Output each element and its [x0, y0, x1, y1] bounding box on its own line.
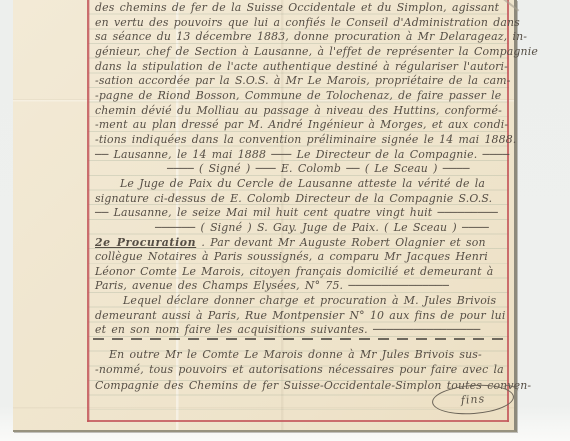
text-line: demeurant aussi à Paris, Rue Montpensier…	[95, 309, 509, 324]
text-line: des chemins de fer de la Suisse Occident…	[95, 1, 509, 16]
bottom-margin-rule	[87, 420, 509, 422]
dashed-separator	[93, 338, 511, 340]
text-line: Lequel déclare donner charge et procurat…	[95, 294, 509, 309]
text-line: ──── ( Signé ) ─── E. Colomb ── ( Le Sce…	[95, 162, 509, 177]
text-line: -ment au plan dressé par M. André Ingéni…	[95, 118, 509, 133]
page-background: { "colors": { "background": "#eef0ee", "…	[0, 0, 570, 441]
handwritten-text-block: des chemins de fer de la Suisse Occident…	[95, 1, 509, 338]
text-line: sa séance du 13 décembre 1883, donne pro…	[95, 30, 509, 45]
text-line: signature ci-dessus de E. Colomb Directe…	[95, 192, 509, 207]
left-margin-rule	[87, 0, 89, 422]
text-line: Léonor Comte Le Marois, citoyen français…	[95, 265, 509, 280]
text-line: En outre Mr le Comte Le Marois donne à M…	[95, 347, 509, 362]
text-line: ────── ( Signé ) S. Gay. Juge de Paix. (…	[95, 221, 509, 236]
text-line: dans la stipulation de l'acte authentiqu…	[95, 60, 509, 75]
text-line: -sation accordée par la S.O.S. à Mr Le M…	[95, 74, 509, 89]
text-line: Le Juge de Paix du Cercle de Lausanne at…	[95, 177, 509, 192]
text-line: génieur, chef de Section à Lausanne, à l…	[95, 45, 509, 60]
text-line: collègue Notaires à Paris soussignés, a …	[95, 250, 509, 265]
text-line: chemin dévié du Molliau au passage à niv…	[95, 104, 509, 119]
handwritten-text-block-continued: En outre Mr le Comte Le Marois donne à M…	[95, 347, 509, 393]
text-line: Paris, avenue des Champs Elysées, N° 75.…	[95, 279, 509, 294]
scanned-paper: des chemins de fer de la Suisse Occident…	[13, 0, 517, 432]
text-line: -nommé, tous pouvoirs et autorisations n…	[95, 362, 509, 377]
text-line: et en son nom faire les acquisitions sui…	[95, 323, 509, 338]
text-line: ── Lausanne, le seize Mai mil huit cent …	[95, 206, 509, 221]
paraph-text: fins	[460, 392, 485, 407]
text-line: en vertu des pouvoirs que lui a confiés …	[95, 16, 509, 31]
text-line: ── Lausanne, le 14 mai 1888 ─── Le Direc…	[95, 148, 509, 163]
section-heading: 2e Procuration	[95, 236, 196, 249]
text-line: -pagne de Riond Bosson, Commune de Toloc…	[95, 89, 509, 104]
text-line: 2e Procuration . Par devant Mr Auguste R…	[95, 236, 509, 251]
text-line: -tions indiquées dans la convention prél…	[95, 133, 509, 148]
